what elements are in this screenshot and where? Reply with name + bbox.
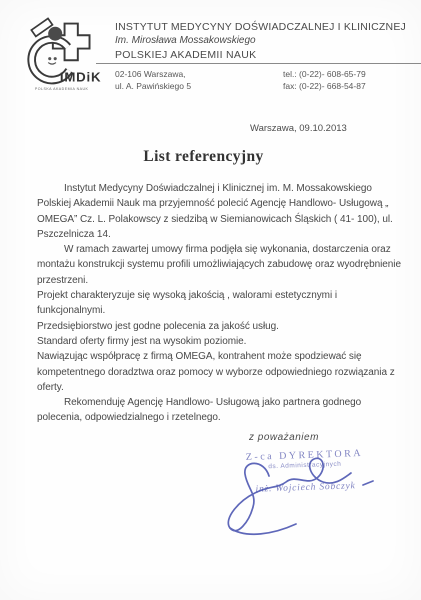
institute-patron: Im. Mirosława Mossakowskiego [115, 34, 406, 48]
handwritten-signature [212, 444, 392, 554]
phone-number: tel.: (0-22)- 608-65-79 [283, 68, 366, 80]
logo-caption-text: POLSKA AKADEMIA NAUK [35, 87, 89, 91]
address-street: ul. A. Pawińskiego 5 [115, 80, 191, 92]
letter-paragraph: Standard oferty firmy jest na wysokim po… [37, 334, 404, 349]
letter-body: Instytut Medycyny Doświadczalnej i Klini… [37, 181, 404, 426]
dateline: Warszawa, 09.10.2013 [250, 123, 347, 134]
logo-acronym-text: IMDiK [60, 69, 101, 84]
telfax-block: tel.: (0-22)- 608-65-79 fax: (0-22)- 668… [283, 68, 366, 92]
letter-paragraph: Instytut Medycyny Doświadczalnej i Klini… [37, 181, 404, 242]
letter-paragraph: Projekt charakteryzuje się wysoką jakośc… [37, 288, 404, 319]
institute-name-block: INSTYTUT MEDYCYNY DOŚWIADCZALNEJ I KLINI… [115, 20, 406, 62]
address-block: 02-106 Warszawa, ul. A. Pawińskiego 5 [115, 68, 191, 92]
address-city: 02-106 Warszawa, [115, 68, 191, 80]
letter-paragraph: Nawiązując współpracę z firmą OMEGA, kon… [37, 349, 404, 395]
institute-name: INSTYTUT MEDYCYNY DOŚWIADCZALNEJ I KLINI… [115, 20, 406, 34]
header-divider [96, 63, 421, 64]
closing-salutation: z poważaniem [249, 432, 319, 443]
letter-title: List referencyjny [0, 148, 414, 166]
fax-number: fax: (0-22)- 668-54-87 [283, 80, 366, 92]
imdik-logo: IMDiK POLSKA AKADEMIA NAUK [24, 12, 102, 96]
letter-paragraph: W ramach zawartej umowy firma podjęła si… [37, 242, 404, 288]
letter-paragraph: Przedsiębiorstwo jest godne polecenia za… [37, 319, 404, 334]
signature-area: Z-ca DYREKTORA ds. Administracyjnych inż… [212, 444, 392, 554]
scanned-letter-page: IMDiK POLSKA AKADEMIA NAUK INSTYTUT MEDY… [0, 0, 421, 600]
letter-paragraph: Rekomenduję Agencję Handlowo- Usługową j… [37, 395, 404, 426]
microscope-ocular [48, 27, 62, 41]
institute-academy: POLSKIEJ AKADEMII NAUK [115, 48, 406, 62]
